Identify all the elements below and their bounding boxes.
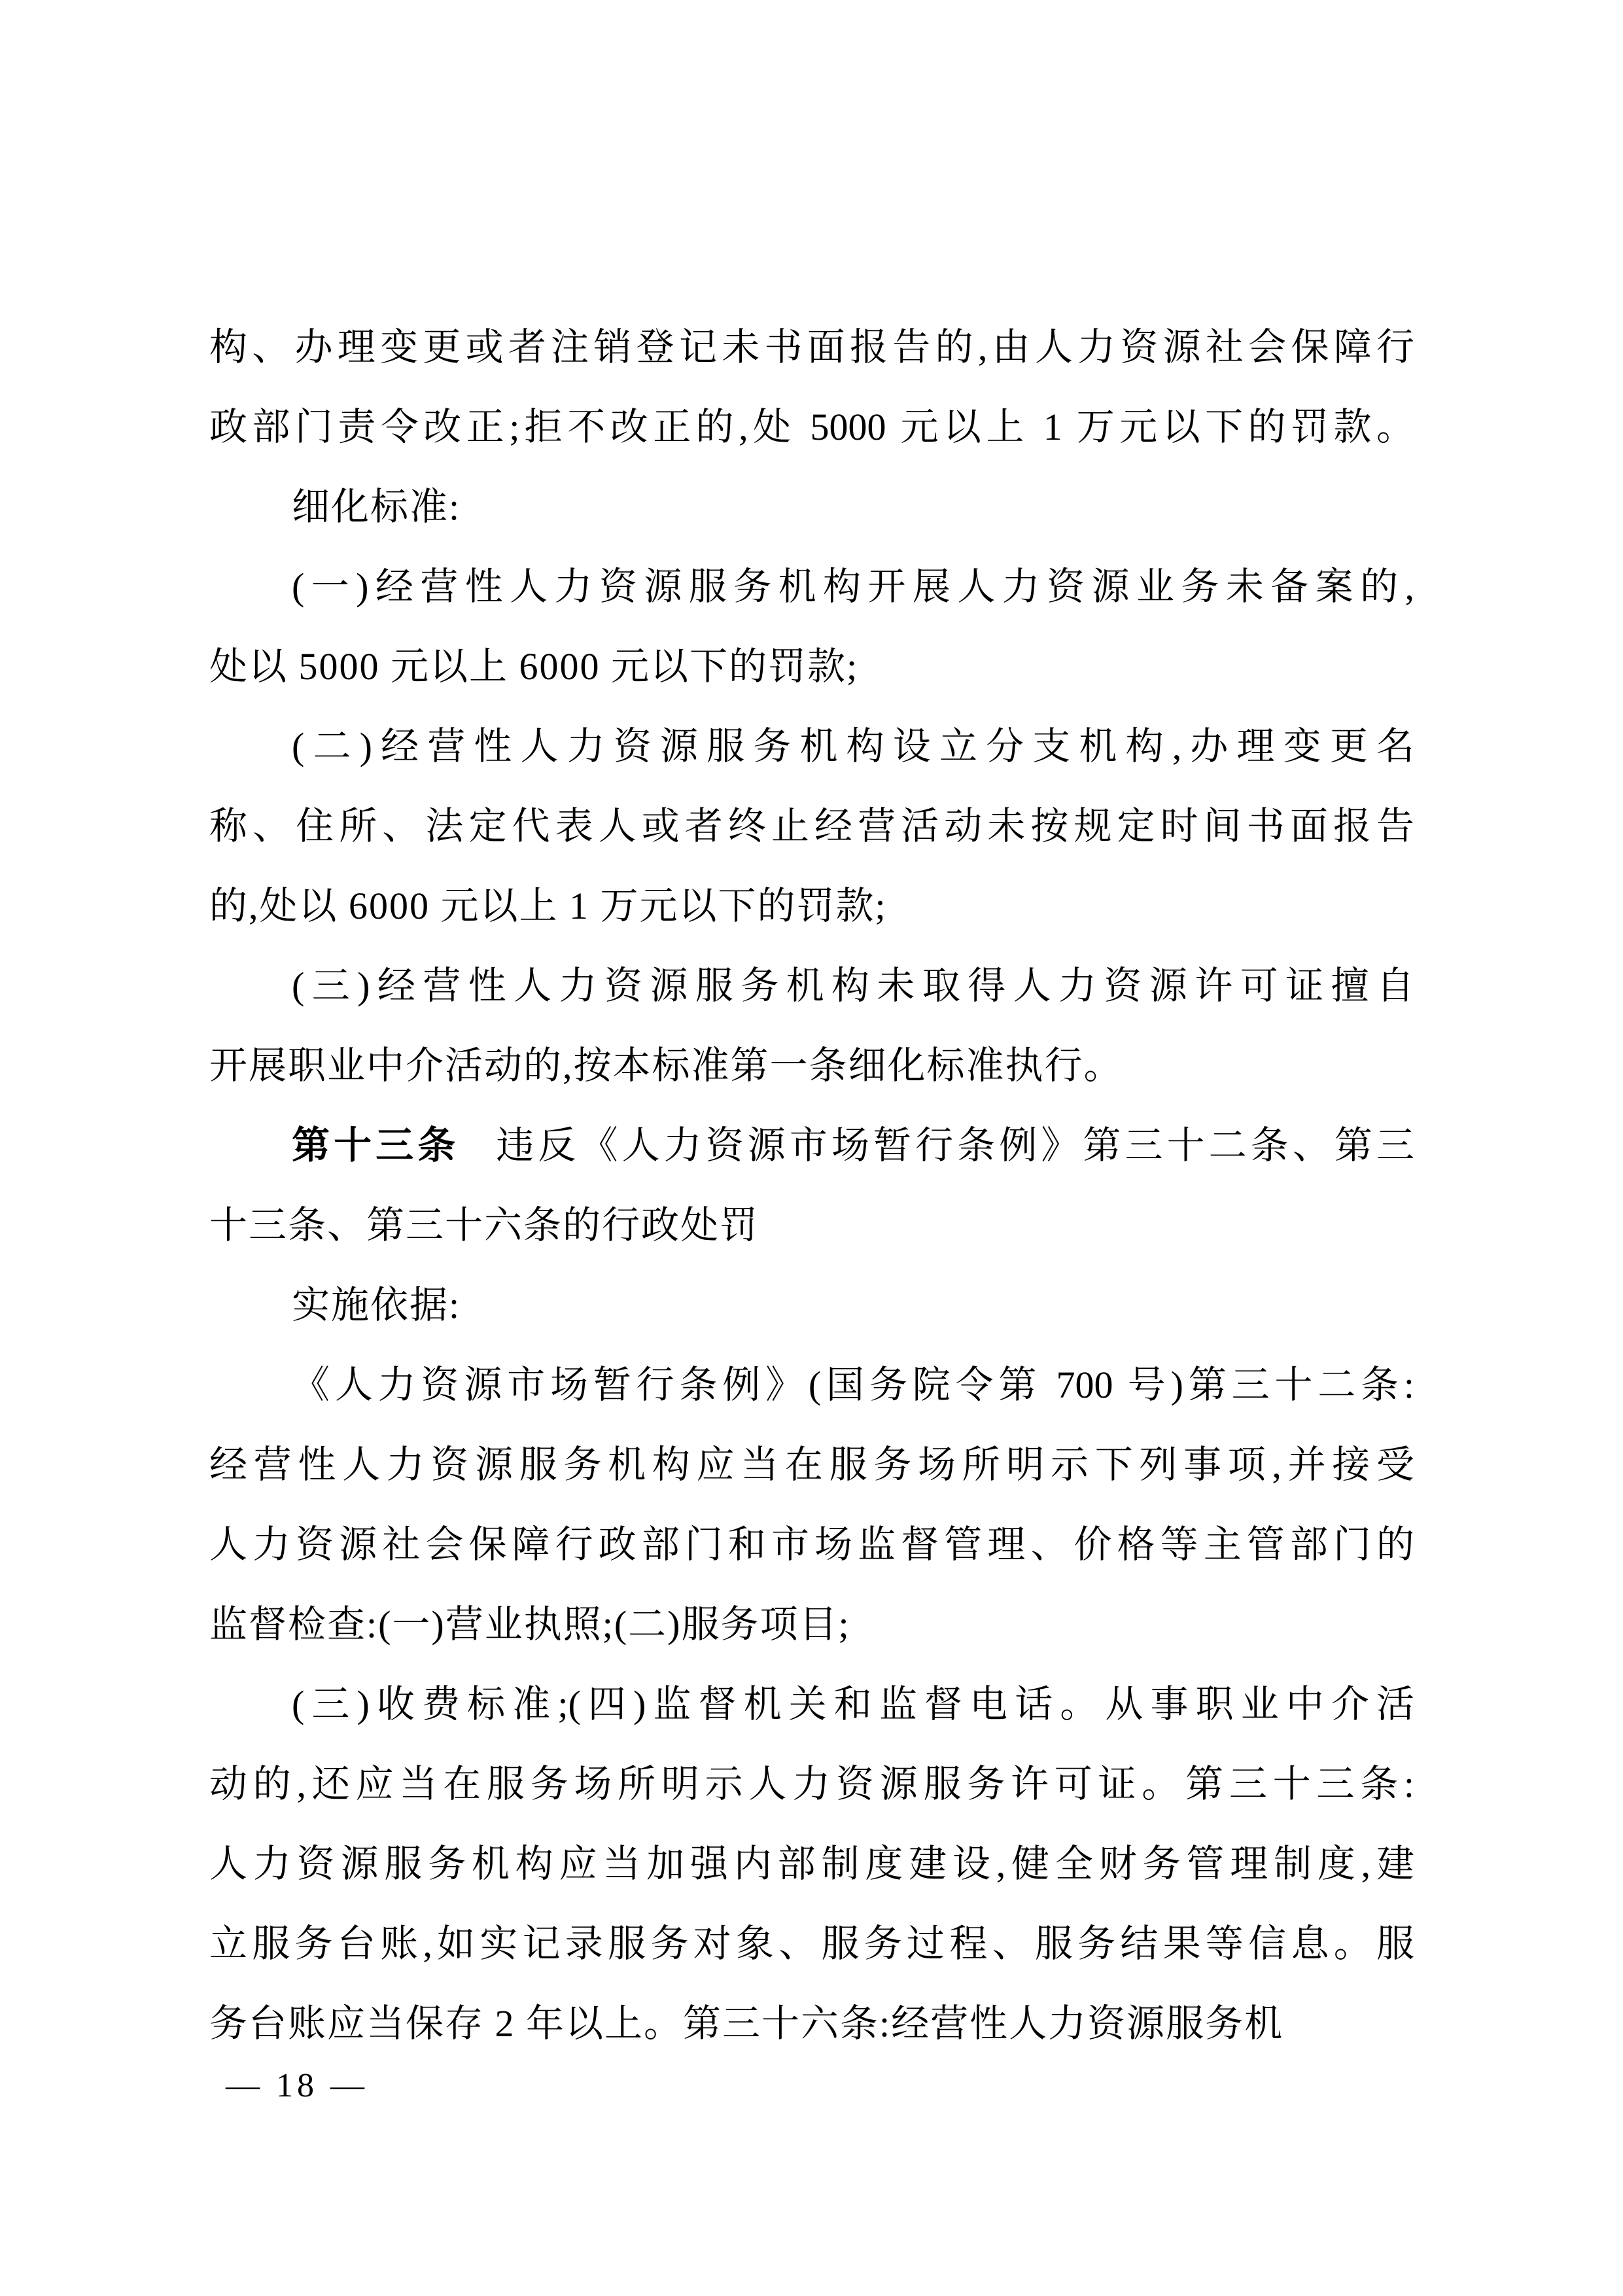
text-line: 《人力资源市场暂行条例》(国务院令第 700 号)第三十二条: bbox=[209, 1345, 1414, 1425]
text-line: 称、住所、法定代表人或者终止经营活动未按规定时间书面报告 bbox=[209, 786, 1414, 866]
text-line: 实施依据: bbox=[209, 1265, 1414, 1345]
text-line: 人力资源服务机构应当加强内部制度建设,健全财务管理制度,建 bbox=[209, 1824, 1414, 1904]
text-line: 务台账应当保存 2 年以上。第三十六条:经营性人力资源服务机 bbox=[209, 1984, 1414, 2064]
text-line: 经营性人力资源服务机构应当在服务场所明示下列事项,并接受 bbox=[209, 1425, 1414, 1505]
text-line: (一)经营性人力资源服务机构开展人力资源业务未备案的, bbox=[209, 547, 1414, 627]
text-line: 构、办理变更或者注销登记未书面报告的,由人力资源社会保障行 bbox=[209, 308, 1414, 387]
text-line: 监督检查:(一)营业执照;(二)服务项目; bbox=[209, 1585, 1414, 1665]
document-page: 构、办理变更或者注销登记未书面报告的,由人力资源社会保障行 政部门责令改正;拒不… bbox=[0, 0, 1623, 2296]
article-heading: 第十三条 bbox=[292, 1124, 459, 1167]
text-line: 十三条、第三十六条的行政处罚 bbox=[209, 1186, 1414, 1265]
document-body: 构、办理变更或者注销登记未书面报告的,由人力资源社会保障行 政部门责令改正;拒不… bbox=[209, 308, 1414, 2064]
text-line: (二)经营性人力资源服务机构设立分支机构,办理变更名 bbox=[209, 707, 1414, 786]
text-line: 政部门责令改正;拒不改正的,处 5000 元以上 1 万元以下的罚款。 bbox=[209, 387, 1414, 467]
page-number: — 18 — bbox=[226, 2060, 368, 2112]
text-line: (三)收费标准;(四)监督机关和监督电话。从事职业中介活 bbox=[209, 1665, 1414, 1744]
text-line: (三)经营性人力资源服务机构未取得人力资源许可证擅自 bbox=[209, 946, 1414, 1026]
text-line: 第十三条违反《人力资源市场暂行条例》第三十二条、第三 bbox=[209, 1106, 1414, 1186]
text-line: 立服务台账,如实记录服务对象、服务过程、服务结果等信息。服 bbox=[209, 1904, 1414, 1984]
text-line: 人力资源社会保障行政部门和市场监督管理、价格等主管部门的 bbox=[209, 1505, 1414, 1585]
text-line: 的,处以 6000 元以上 1 万元以下的罚款; bbox=[209, 866, 1414, 946]
text-line: 处以 5000 元以上 6000 元以下的罚款; bbox=[209, 627, 1414, 707]
text-line: 开展职业中介活动的,按本标准第一条细化标准执行。 bbox=[209, 1026, 1414, 1106]
text-line: 动的,还应当在服务场所明示人力资源服务许可证。第三十三条: bbox=[209, 1744, 1414, 1824]
text-run: 违反《人力资源市场暂行条例》第三十二条、第三 bbox=[496, 1124, 1414, 1167]
text-line: 细化标准: bbox=[209, 467, 1414, 547]
